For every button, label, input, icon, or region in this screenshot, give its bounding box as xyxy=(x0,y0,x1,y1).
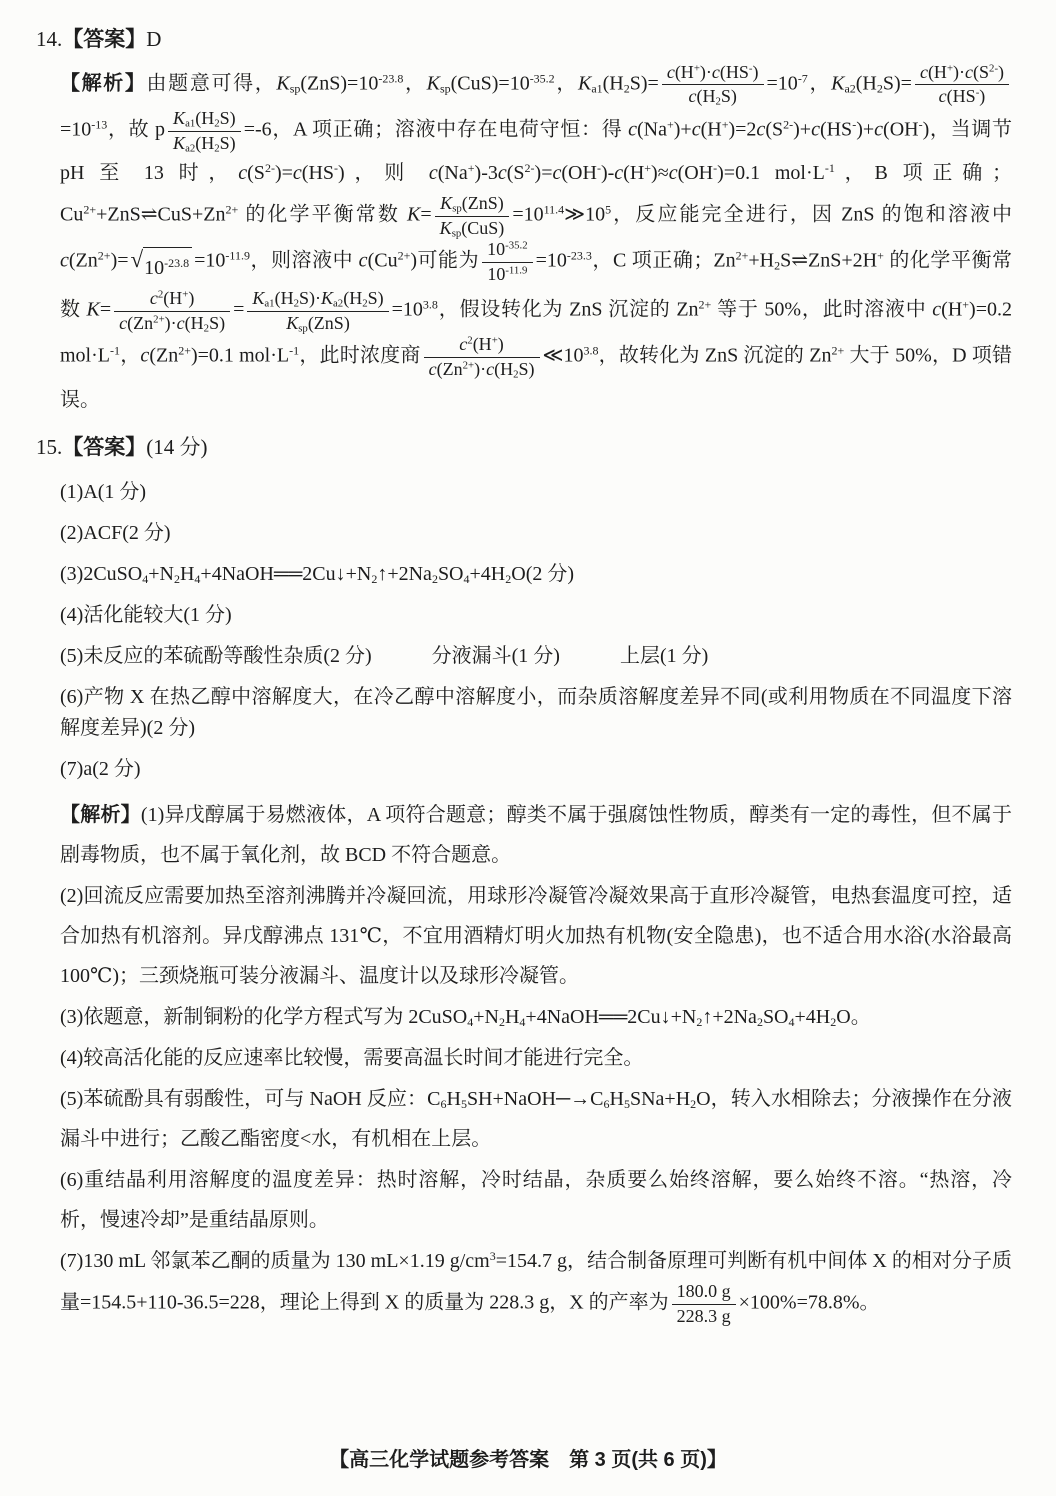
text: 由题意可得， xyxy=(147,73,277,95)
text: 等于 50%，此时溶液中 xyxy=(711,299,932,321)
text: (H xyxy=(941,299,962,321)
text: (14 分) xyxy=(146,435,207,459)
text: ) xyxy=(498,334,504,354)
math-var: c xyxy=(932,299,941,321)
text: H xyxy=(505,1006,519,1028)
math-var: K xyxy=(321,288,333,308)
text: = xyxy=(233,299,244,321)
text: (S xyxy=(247,162,265,184)
fraction-numerator: c(H+)·c(HS-) xyxy=(662,62,764,86)
text: (Zn xyxy=(149,345,178,367)
text: S)= xyxy=(630,73,659,95)
q15-answer-line: 15.【答案】(14 分) xyxy=(36,428,1012,468)
text: ，反应能完全进行，因 ZnS 的饱和溶液中 xyxy=(611,204,1012,226)
superscript: 2- xyxy=(989,62,998,74)
math-var: K xyxy=(276,73,289,95)
bold-label: 【答案】 xyxy=(62,436,146,459)
text: ×100%=78.8%。 xyxy=(739,1292,880,1314)
fraction-numerator: 180.0 g xyxy=(672,1281,736,1305)
subscript: a1 xyxy=(591,82,602,96)
fraction: 180.0 g228.3 g xyxy=(672,1281,736,1327)
math-var: c xyxy=(712,62,720,82)
text: (H xyxy=(185,313,204,333)
math-var: c xyxy=(614,162,623,184)
text: =-6，A 项正确；溶液中存在电荷守恒：得 xyxy=(244,119,628,141)
text: )= xyxy=(111,250,129,272)
fraction-denominator: 10-11.9 xyxy=(482,263,533,286)
q15-analysis-2: (2)回流反应需要加热至溶剂沸腾并冷凝回流，用球形冷凝管冷凝效果高于直形冷凝管，… xyxy=(60,876,1012,996)
subscript: sp xyxy=(290,82,301,96)
text: )· xyxy=(700,62,712,82)
fraction-denominator: Ksp(CuS) xyxy=(435,217,510,240)
text: (CuS) xyxy=(461,218,504,238)
exam-answer-sheet-page: 14.【答案】D【解析】由题意可得，Ksp(ZnS)=10-23.8，Ksp(C… xyxy=(0,0,1056,1496)
text: (Zn xyxy=(127,313,153,333)
subscript: sp xyxy=(440,82,451,96)
text: 2Cu↓+N xyxy=(302,563,371,585)
fraction-denominator: 228.3 g xyxy=(672,1305,736,1328)
q15-analysis-4: (4)较高活化能的反应速率比较慢，需要高温长时间才能进行完全。 xyxy=(60,1038,1012,1078)
text: )+ xyxy=(674,119,692,141)
text: =10 xyxy=(767,73,798,95)
text: =10 xyxy=(536,250,567,272)
text: 2Cu↓+N xyxy=(627,1006,696,1028)
math-var: c xyxy=(429,162,438,184)
math-var: K xyxy=(578,73,591,95)
text: (3)2CuSO xyxy=(60,563,142,585)
text: ) xyxy=(188,288,194,308)
text: +H xyxy=(748,250,774,272)
fraction-numerator: Ka1(H2S)·Ka2(H2S) xyxy=(247,288,388,312)
fraction: Ka1(H2S)Ka2(H2S) xyxy=(168,108,241,154)
text: (OH xyxy=(678,162,714,184)
q15-item-2: (2)ACF(2 分) xyxy=(60,518,1012,549)
subscript: a1 xyxy=(185,118,195,130)
bold-label: 【解析】 xyxy=(60,804,141,826)
q15-analysis-7: (7)130 mL 邻氯苯乙酮的质量为 130 mL×1.19 g/cm3=15… xyxy=(60,1241,1012,1327)
math-var: c xyxy=(429,359,437,379)
text: )=2 xyxy=(728,119,756,141)
superscript: 3.8 xyxy=(583,344,598,358)
text: (H xyxy=(473,334,492,354)
text: (H xyxy=(275,288,294,308)
text: )· xyxy=(165,313,177,333)
text: (HS xyxy=(820,119,852,141)
text: (H xyxy=(675,62,694,82)
text: (ZnS)=10 xyxy=(300,73,378,95)
text: (H xyxy=(195,108,214,128)
text: H xyxy=(446,1088,460,1110)
superscript: -11.9 xyxy=(225,249,250,263)
text: +N xyxy=(473,1006,499,1028)
text: (7)130 mL 邻氯苯乙酮的质量为 130 mL×1.19 g/cm xyxy=(60,1250,490,1272)
q15-analysis-1: 【解析】(1)异戊醇属于易燃液体，A 项符合题意；醇类不属于强腐蚀性物质，醇类有… xyxy=(60,795,1012,875)
math-var: c xyxy=(60,250,69,272)
text: (ZnS) xyxy=(462,193,504,213)
text: SNa+H xyxy=(630,1088,690,1110)
subscript: sp xyxy=(298,322,308,334)
math-var: c xyxy=(756,119,765,141)
math-var: c xyxy=(939,86,947,106)
fraction: c2(H+)c(Zn2+)·c(H2S) xyxy=(114,288,230,334)
text: ══ xyxy=(274,563,302,585)
superscript: + xyxy=(468,161,475,175)
subscript: a2 xyxy=(185,142,195,154)
text: (S xyxy=(973,62,989,82)
text: ≪10 xyxy=(543,345,584,367)
subscript: a1 xyxy=(264,298,274,310)
text: ，则溶液中 xyxy=(250,250,359,272)
superscript: -1 xyxy=(289,344,299,358)
text: )可能为 xyxy=(410,250,479,272)
text: (HS xyxy=(302,162,334,184)
text: )· xyxy=(953,62,965,82)
text: (H xyxy=(195,133,214,153)
superscript: 2+ xyxy=(178,344,191,358)
text: (1)异戊醇属于易燃液体，A 项符合题意；醇类不属于强腐蚀性物质，醇类有一定的毒… xyxy=(60,804,1012,866)
text: (Zn xyxy=(437,359,463,379)
superscript: -23.3 xyxy=(567,249,592,263)
text: C xyxy=(590,1088,603,1110)
superscript: 2+ xyxy=(463,359,475,371)
superscript: 2- xyxy=(265,161,275,175)
text: =10 xyxy=(60,119,91,141)
text: (5)苯硫酚具有弱酸性，可与 NaOH 反应：C xyxy=(60,1088,440,1110)
q15-item-5: (5)未反应的苯硫酚等酸性杂质(2 分) 分液漏斗(1 分) 上层(1 分) xyxy=(60,641,1012,672)
fraction-denominator: Ksp(ZnS) xyxy=(247,312,388,335)
superscript: 2+ xyxy=(699,298,712,312)
subscript: a2 xyxy=(844,82,855,96)
superscript: 3.8 xyxy=(423,298,438,312)
q14-analysis: 【解析】由题意可得，Ksp(ZnS)=10-23.8，Ksp(CuS)=10-3… xyxy=(60,62,1012,420)
text: (S xyxy=(765,119,783,141)
text: (7)a(2 分) xyxy=(60,758,141,780)
math-var: c xyxy=(238,162,247,184)
math-var: c xyxy=(150,288,158,308)
math-var: c xyxy=(359,250,368,272)
bold-label: 【解析】 xyxy=(60,73,147,95)
bold-label: 【答案】 xyxy=(62,28,146,51)
text: 14. xyxy=(36,27,62,51)
text: (5)未反应的苯硫酚等酸性杂质(2 分) 分液漏斗(1 分) 上层(1 分) xyxy=(60,645,708,667)
math-var: c xyxy=(177,313,185,333)
text: (H xyxy=(343,288,362,308)
text: =10 xyxy=(512,204,543,226)
math-var: K xyxy=(87,299,100,321)
fraction-denominator: c(H2S) xyxy=(662,85,764,108)
text: ↑+2Na xyxy=(702,1006,757,1028)
text: )= xyxy=(275,162,293,184)
superscript: -13 xyxy=(91,118,107,132)
text: = xyxy=(100,299,111,321)
math-var: c xyxy=(667,62,675,82)
math-var: K xyxy=(173,133,185,153)
text: SO xyxy=(438,563,464,585)
fraction-denominator: c(HS-) xyxy=(915,85,1009,108)
text: )，则 xyxy=(338,162,429,184)
text: ，C 项正确；Zn xyxy=(592,250,736,272)
q15-item-6: (6)产物 X 在热乙醇中溶解度大，在冷乙醇中溶解度小，而杂质溶解度差异不同(或… xyxy=(60,682,1012,744)
math-var: K xyxy=(831,73,844,95)
text: (H xyxy=(603,73,624,95)
text: (S xyxy=(507,162,525,184)
text: +4H xyxy=(470,563,506,585)
superscript: -1 xyxy=(825,161,835,175)
subscript: a2 xyxy=(333,298,343,310)
fraction-numerator: Ksp(ZnS) xyxy=(435,193,510,217)
radicand: 10-23.8 xyxy=(143,247,192,288)
text: )- xyxy=(601,162,614,184)
text: SO xyxy=(763,1006,789,1028)
math-var: K xyxy=(173,108,185,128)
text: (H xyxy=(928,62,947,82)
text: H xyxy=(180,563,194,585)
math-var: K xyxy=(252,288,264,308)
math-var: c xyxy=(692,119,701,141)
math-var: c xyxy=(119,313,127,333)
text: (6)重结晶利用溶解度的温度差异：热时溶解，冷时结晶，杂质要么始终溶解，要么始终… xyxy=(60,1169,1012,1231)
text: ，假设转化为 ZnS 沉淀的 Zn xyxy=(438,299,699,321)
fraction-numerator: c2(H+) xyxy=(114,288,230,312)
math-var: c xyxy=(965,62,973,82)
math-var: c xyxy=(874,119,883,141)
text: ， xyxy=(555,73,578,95)
fraction-numerator: c(H+)·c(S2-) xyxy=(915,62,1009,86)
text: +4H xyxy=(795,1006,831,1028)
text: ↑+2Na xyxy=(377,563,432,585)
text: (HS xyxy=(947,86,976,106)
text: )+ xyxy=(856,119,874,141)
text: S) xyxy=(220,108,236,128)
text: 15. xyxy=(36,435,62,459)
radical-sign: √ xyxy=(131,247,144,273)
text: ══ xyxy=(599,1006,627,1028)
page-footer: 【高三化学试题参考答案 第 3 页(共 6 页)】 xyxy=(0,1443,1056,1472)
text: S) xyxy=(721,86,737,106)
fraction: c(H+)·c(S2-)c(HS-) xyxy=(915,62,1009,108)
math-var: K xyxy=(286,313,298,333)
text: (6)产物 X 在热乙醇中溶解度大，在冷乙醇中溶解度小，而杂质溶解度差异不同(或… xyxy=(60,686,1012,739)
superscript: 2+ xyxy=(398,249,411,263)
superscript: -7 xyxy=(798,71,808,85)
fraction-numerator: 10-35.2 xyxy=(482,239,533,263)
text: +ZnS⇌CuS+Zn xyxy=(96,204,225,226)
math-var: c xyxy=(140,345,149,367)
q15-item-7: (7)a(2 分) xyxy=(60,754,1012,785)
fraction: c2(H+)c(Zn2+)·c(H2S) xyxy=(424,334,540,380)
text: 228.3 g xyxy=(677,1306,731,1326)
subscript: sp xyxy=(452,228,462,240)
text: 10 xyxy=(144,257,164,279)
math-var: K xyxy=(427,73,440,95)
text: (OH xyxy=(883,119,919,141)
text: (ZnS) xyxy=(308,313,350,333)
fraction-denominator: c(Zn2+)·c(H2S) xyxy=(114,312,230,335)
text: (H xyxy=(623,162,644,184)
superscript: 2+ xyxy=(153,313,165,325)
text: (Zn xyxy=(69,250,98,272)
superscript: -23.8 xyxy=(378,71,403,85)
text: (H xyxy=(494,359,513,379)
superscript: -23.8 xyxy=(164,256,189,270)
square-root: √10-23.8 xyxy=(131,247,193,288)
text: ) xyxy=(753,62,759,82)
text: (4)较高活化能的反应速率比较慢，需要高温长时间才能进行完全。 xyxy=(60,1047,643,1069)
text: S) xyxy=(220,133,236,153)
text: (Na xyxy=(637,119,667,141)
q15-analysis-3: (3)依题意，新制铜粉的化学方程式写为 2CuSO4+N2H4+4NaOH══2… xyxy=(60,997,1012,1037)
superscript: 2- xyxy=(525,161,535,175)
text: S)= xyxy=(883,73,912,95)
text: )=0.1 mol·L xyxy=(717,162,825,184)
superscript: -35.2 xyxy=(530,71,555,85)
math-var: c xyxy=(498,162,507,184)
superscript: 2+ xyxy=(225,203,238,217)
superscript: -35.2 xyxy=(505,240,528,252)
text: ，故转化为 ZnS 沉淀的 Zn xyxy=(598,345,831,367)
text: 10 xyxy=(487,239,505,259)
text: (H xyxy=(163,288,182,308)
text: (H xyxy=(696,86,715,106)
q15-analysis-5: (5)苯硫酚具有弱酸性，可与 NaOH 反应：C6H5SH+NaOH─→C6H5… xyxy=(60,1079,1012,1159)
fraction: 10-35.210-11.9 xyxy=(482,239,533,285)
text: )≈ xyxy=(651,162,669,184)
text: S) xyxy=(209,313,225,333)
text: +4NaOH xyxy=(200,563,274,585)
text: (4)活化能较大(1 分) xyxy=(60,604,232,626)
text: H xyxy=(610,1088,624,1110)
q14-answer-line: 14.【答案】D xyxy=(36,20,1012,60)
math-var: K xyxy=(440,218,452,238)
text: ，故 p xyxy=(107,119,165,141)
text: (3)依题意，新制铜粉的化学方程式写为 2CuSO xyxy=(60,1006,467,1028)
math-var: c xyxy=(920,62,928,82)
q15-item-3: (3)2CuSO4+N2H4+4NaOH══2Cu↓+N2↑+2Na2SO4+4… xyxy=(60,559,1012,590)
superscript: 2+ xyxy=(831,344,844,358)
text: (HS xyxy=(720,62,749,82)
text: )=0.1 mol·L xyxy=(191,345,289,367)
q15-item-4: (4)活化能较大(1 分) xyxy=(60,600,1012,631)
text: (H xyxy=(701,119,722,141)
text: = xyxy=(420,204,431,226)
text: SH+NaOH xyxy=(467,1088,556,1110)
text: (H xyxy=(856,73,877,95)
text: ) xyxy=(998,62,1004,82)
text: ─→ xyxy=(556,1088,590,1110)
fraction-denominator: c(Zn2+)·c(H2S) xyxy=(424,358,540,381)
text: =10 xyxy=(194,250,225,272)
text: 180.0 g xyxy=(677,1281,731,1301)
text: (2)ACF(2 分) xyxy=(60,522,171,544)
text: (Na xyxy=(438,162,468,184)
text: ) xyxy=(979,86,985,106)
text: 10 xyxy=(487,264,505,284)
text: S⇌ZnS+2H xyxy=(780,250,877,272)
text: S) xyxy=(518,359,534,379)
text: ， xyxy=(808,73,831,95)
superscript: -1 xyxy=(110,344,120,358)
superscript: + xyxy=(667,118,674,132)
text: +4NaOH xyxy=(525,1006,599,1028)
fraction: c(H+)·c(HS-)c(H2S) xyxy=(662,62,764,108)
math-var: c xyxy=(486,359,494,379)
math-var: K xyxy=(440,193,452,213)
text: ， xyxy=(120,345,140,367)
math-var: c xyxy=(669,162,678,184)
text: O。 xyxy=(836,1006,870,1028)
math-var: c xyxy=(293,162,302,184)
text: ， xyxy=(403,73,426,95)
math-var: c xyxy=(811,119,820,141)
text: (CuS)=10 xyxy=(451,73,530,95)
text: )+ xyxy=(793,119,811,141)
superscript: + xyxy=(877,249,884,263)
math-var: c xyxy=(628,119,637,141)
text: ，此时浓度商 xyxy=(299,345,420,367)
answer-content: 14.【答案】D【解析】由题意可得，Ksp(ZnS)=10-23.8，Ksp(C… xyxy=(36,20,1012,1328)
math-var: K xyxy=(407,204,420,226)
text: +N xyxy=(148,563,174,585)
text: =10 xyxy=(392,299,423,321)
text: S) xyxy=(368,288,384,308)
text: O(2 分) xyxy=(511,563,574,585)
text: D xyxy=(146,27,161,51)
subscript: sp xyxy=(452,203,462,215)
text: )= xyxy=(535,162,553,184)
text: (Cu xyxy=(368,250,398,272)
text: (2)回流反应需要加热至溶剂沸腾并冷凝回流，用球形冷凝管冷凝效果高于直形冷凝管，… xyxy=(60,885,1012,987)
superscript: 2+ xyxy=(83,203,96,217)
fraction-denominator: Ka2(H2S) xyxy=(168,132,241,155)
superscript: 2- xyxy=(783,118,793,132)
fraction-numerator: c2(H+) xyxy=(424,334,540,358)
text: (OH xyxy=(561,162,597,184)
superscript: -11.9 xyxy=(505,265,527,277)
fraction: Ksp(ZnS)Ksp(CuS) xyxy=(435,193,510,239)
text: )· xyxy=(474,359,486,379)
text: )-3 xyxy=(475,162,498,184)
text: ≫10 xyxy=(564,204,605,226)
fraction: Ka1(H2S)·Ka2(H2S)Ksp(ZnS) xyxy=(247,288,388,334)
text: 的化学平衡常数 xyxy=(238,204,407,226)
superscript: 2+ xyxy=(736,249,749,263)
superscript: 11.4 xyxy=(544,203,565,217)
q15-analysis-6: (6)重结晶利用溶解度的温度差异：热时溶解，冷时结晶，杂质要么始终溶解，要么始终… xyxy=(60,1160,1012,1240)
q15-item-1: (1)A(1 分) xyxy=(60,477,1012,508)
text: (1)A(1 分) xyxy=(60,481,146,503)
superscript: 2+ xyxy=(98,249,111,263)
fraction-numerator: Ka1(H2S) xyxy=(168,108,241,132)
text: S)· xyxy=(299,288,321,308)
